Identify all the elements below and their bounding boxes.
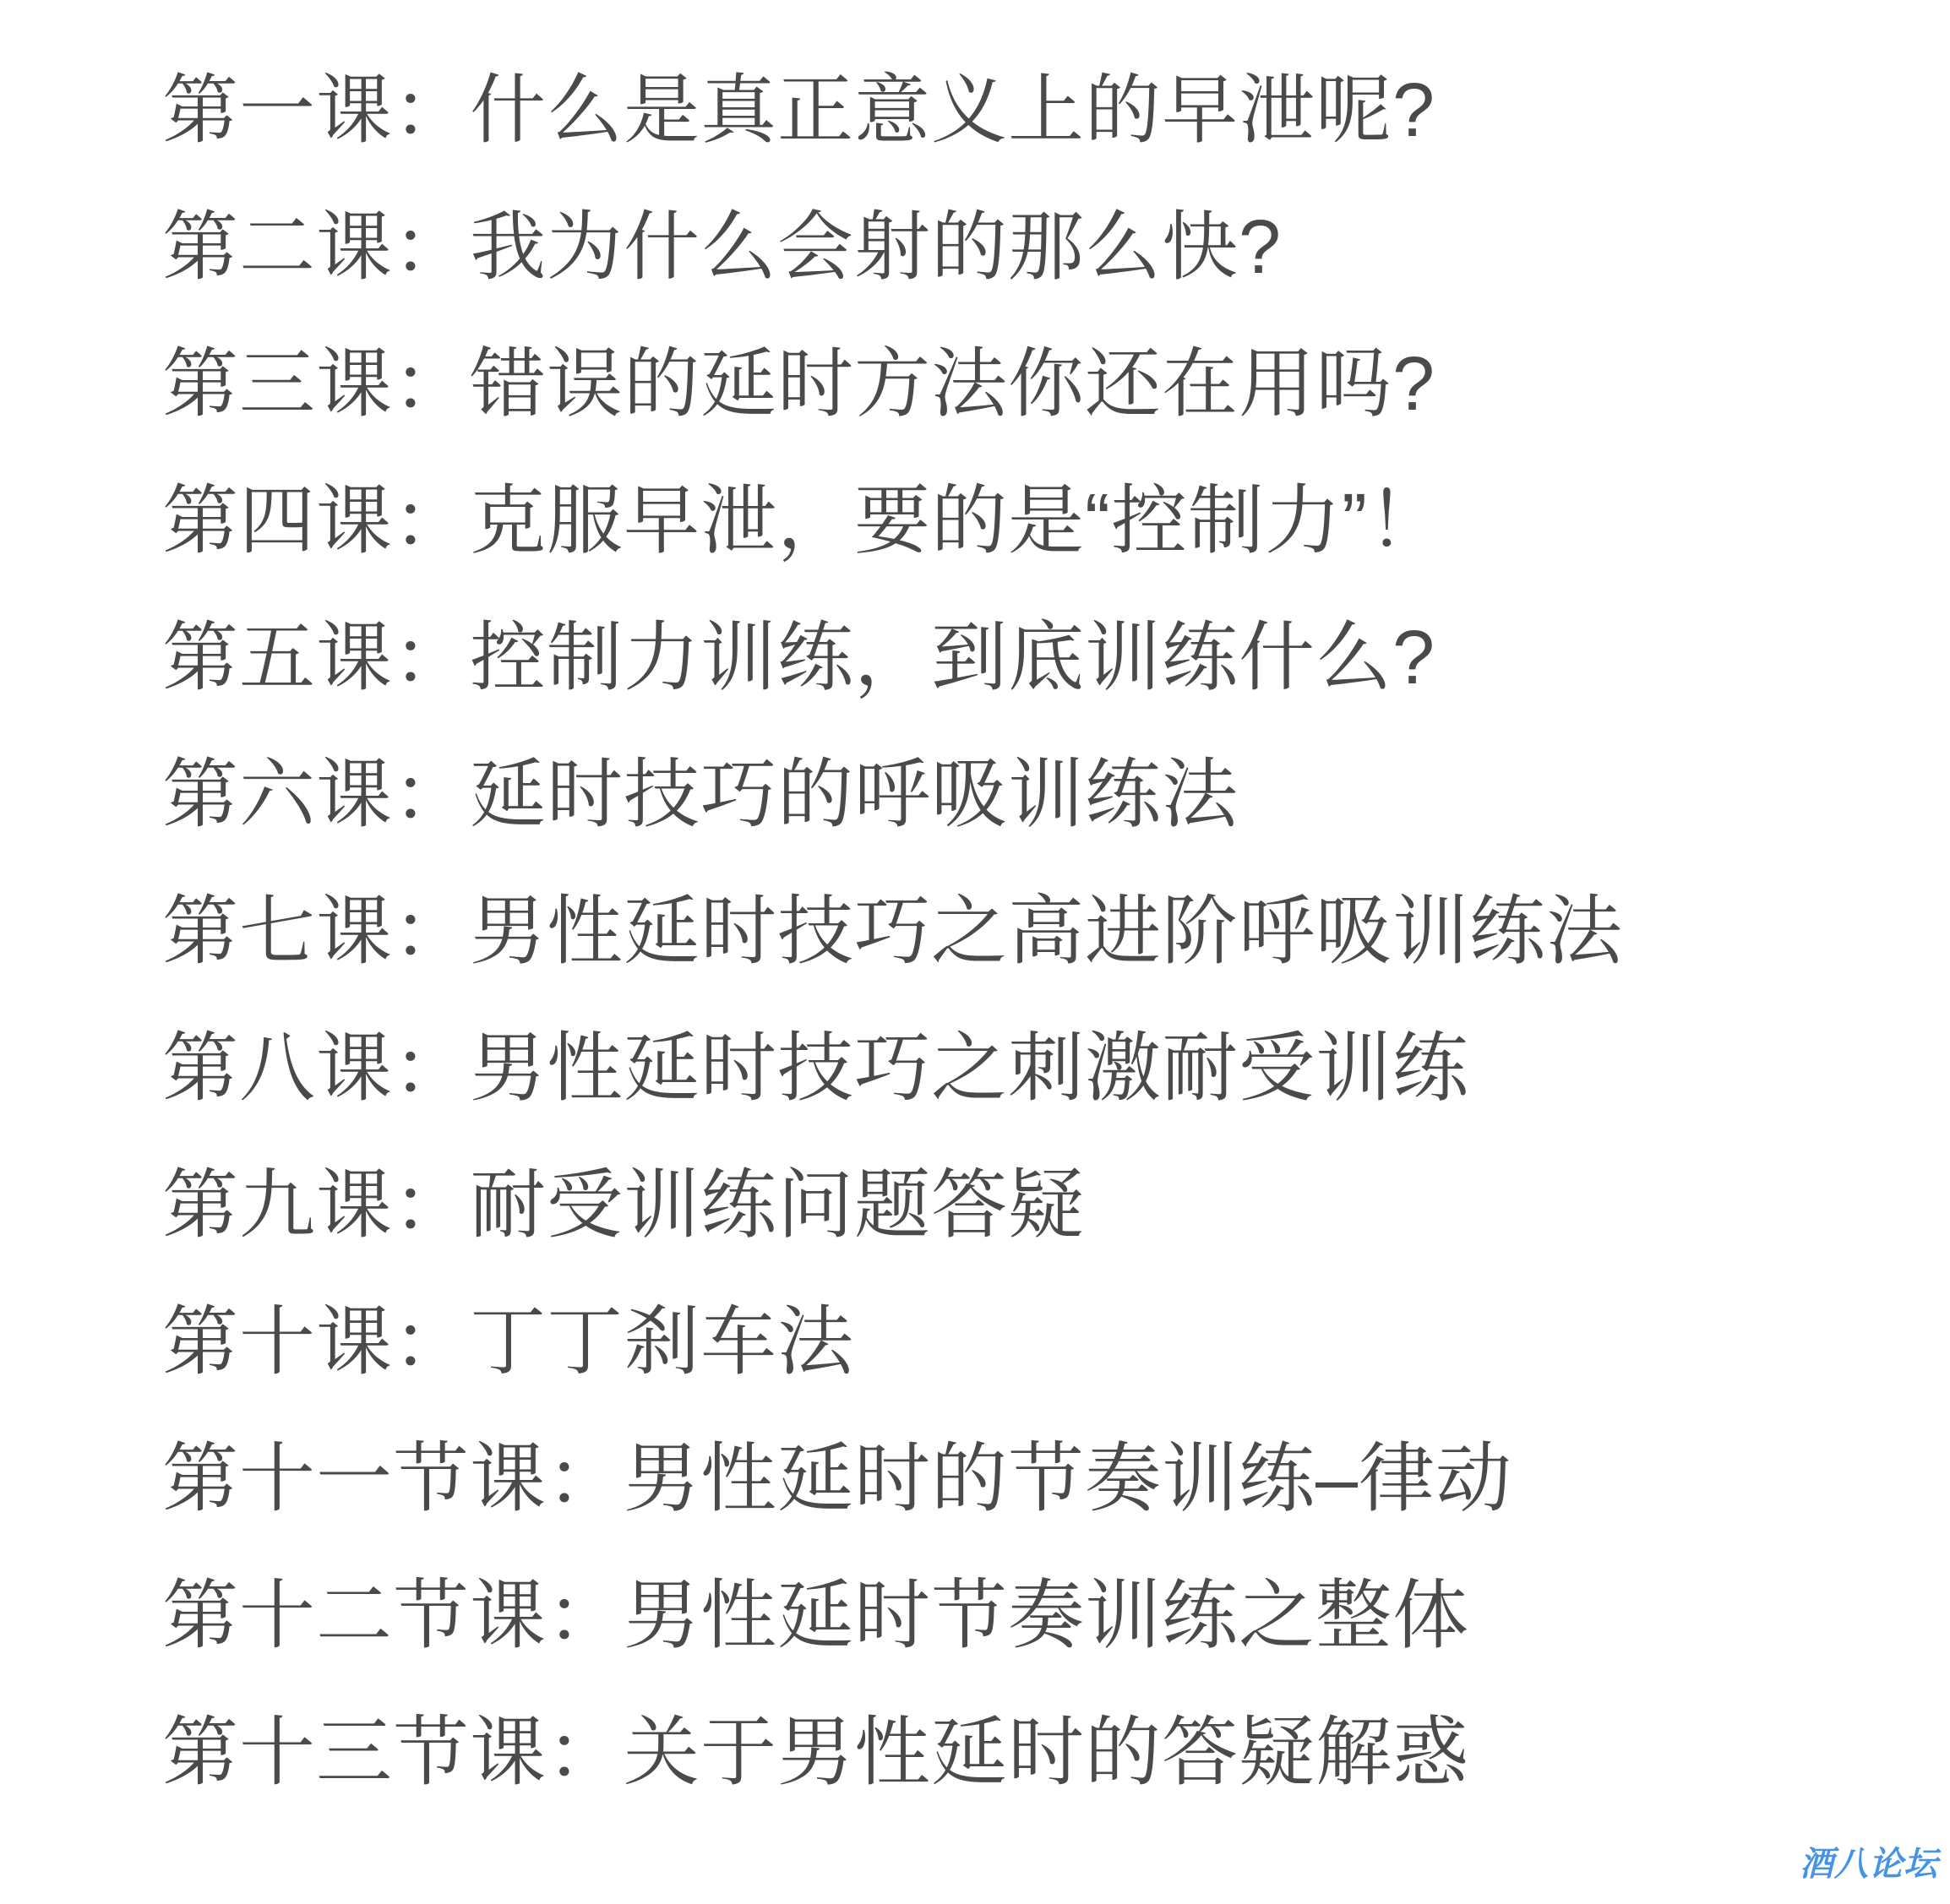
lesson-item-4: 第四课：克服早泄，要的是“控制力”！ xyxy=(162,453,1950,590)
lesson-list: 第一课：什么是真正意义上的早泄呢? 第二课：我为什么会射的那么快? 第三课：错误… xyxy=(162,42,1950,1821)
forum-watermark: 酒八论坛 xyxy=(1800,1837,1938,1885)
lesson-item-8: 第八课：男性延时技巧之刺激耐受训练 xyxy=(162,1000,1950,1137)
lesson-item-7: 第七课：男性延时技巧之高进阶呼吸训练法 xyxy=(162,863,1950,1000)
lesson-item-2: 第二课：我为什么会射的那么快? xyxy=(162,179,1950,316)
lesson-item-9: 第九课：耐受训练问题答疑 xyxy=(162,1137,1950,1274)
lesson-item-12: 第十二节课：男性延时节奏训练之整体 xyxy=(162,1548,1950,1684)
lesson-item-6: 第六课：延时技巧的呼吸训练法 xyxy=(162,726,1950,863)
lesson-item-1: 第一课：什么是真正意义上的早泄呢? xyxy=(162,42,1950,179)
lesson-item-13: 第十三节课：关于男性延时的答疑解惑 xyxy=(162,1684,1950,1821)
lesson-item-3: 第三课：错误的延时方法你还在用吗? xyxy=(162,316,1950,453)
lesson-item-10: 第十课：丁丁刹车法 xyxy=(162,1274,1950,1411)
lesson-item-11: 第十一节课：男性延时的节奏训练–律动 xyxy=(162,1411,1950,1548)
lesson-item-5: 第五课：控制力训练，到底训练什么? xyxy=(162,590,1950,726)
